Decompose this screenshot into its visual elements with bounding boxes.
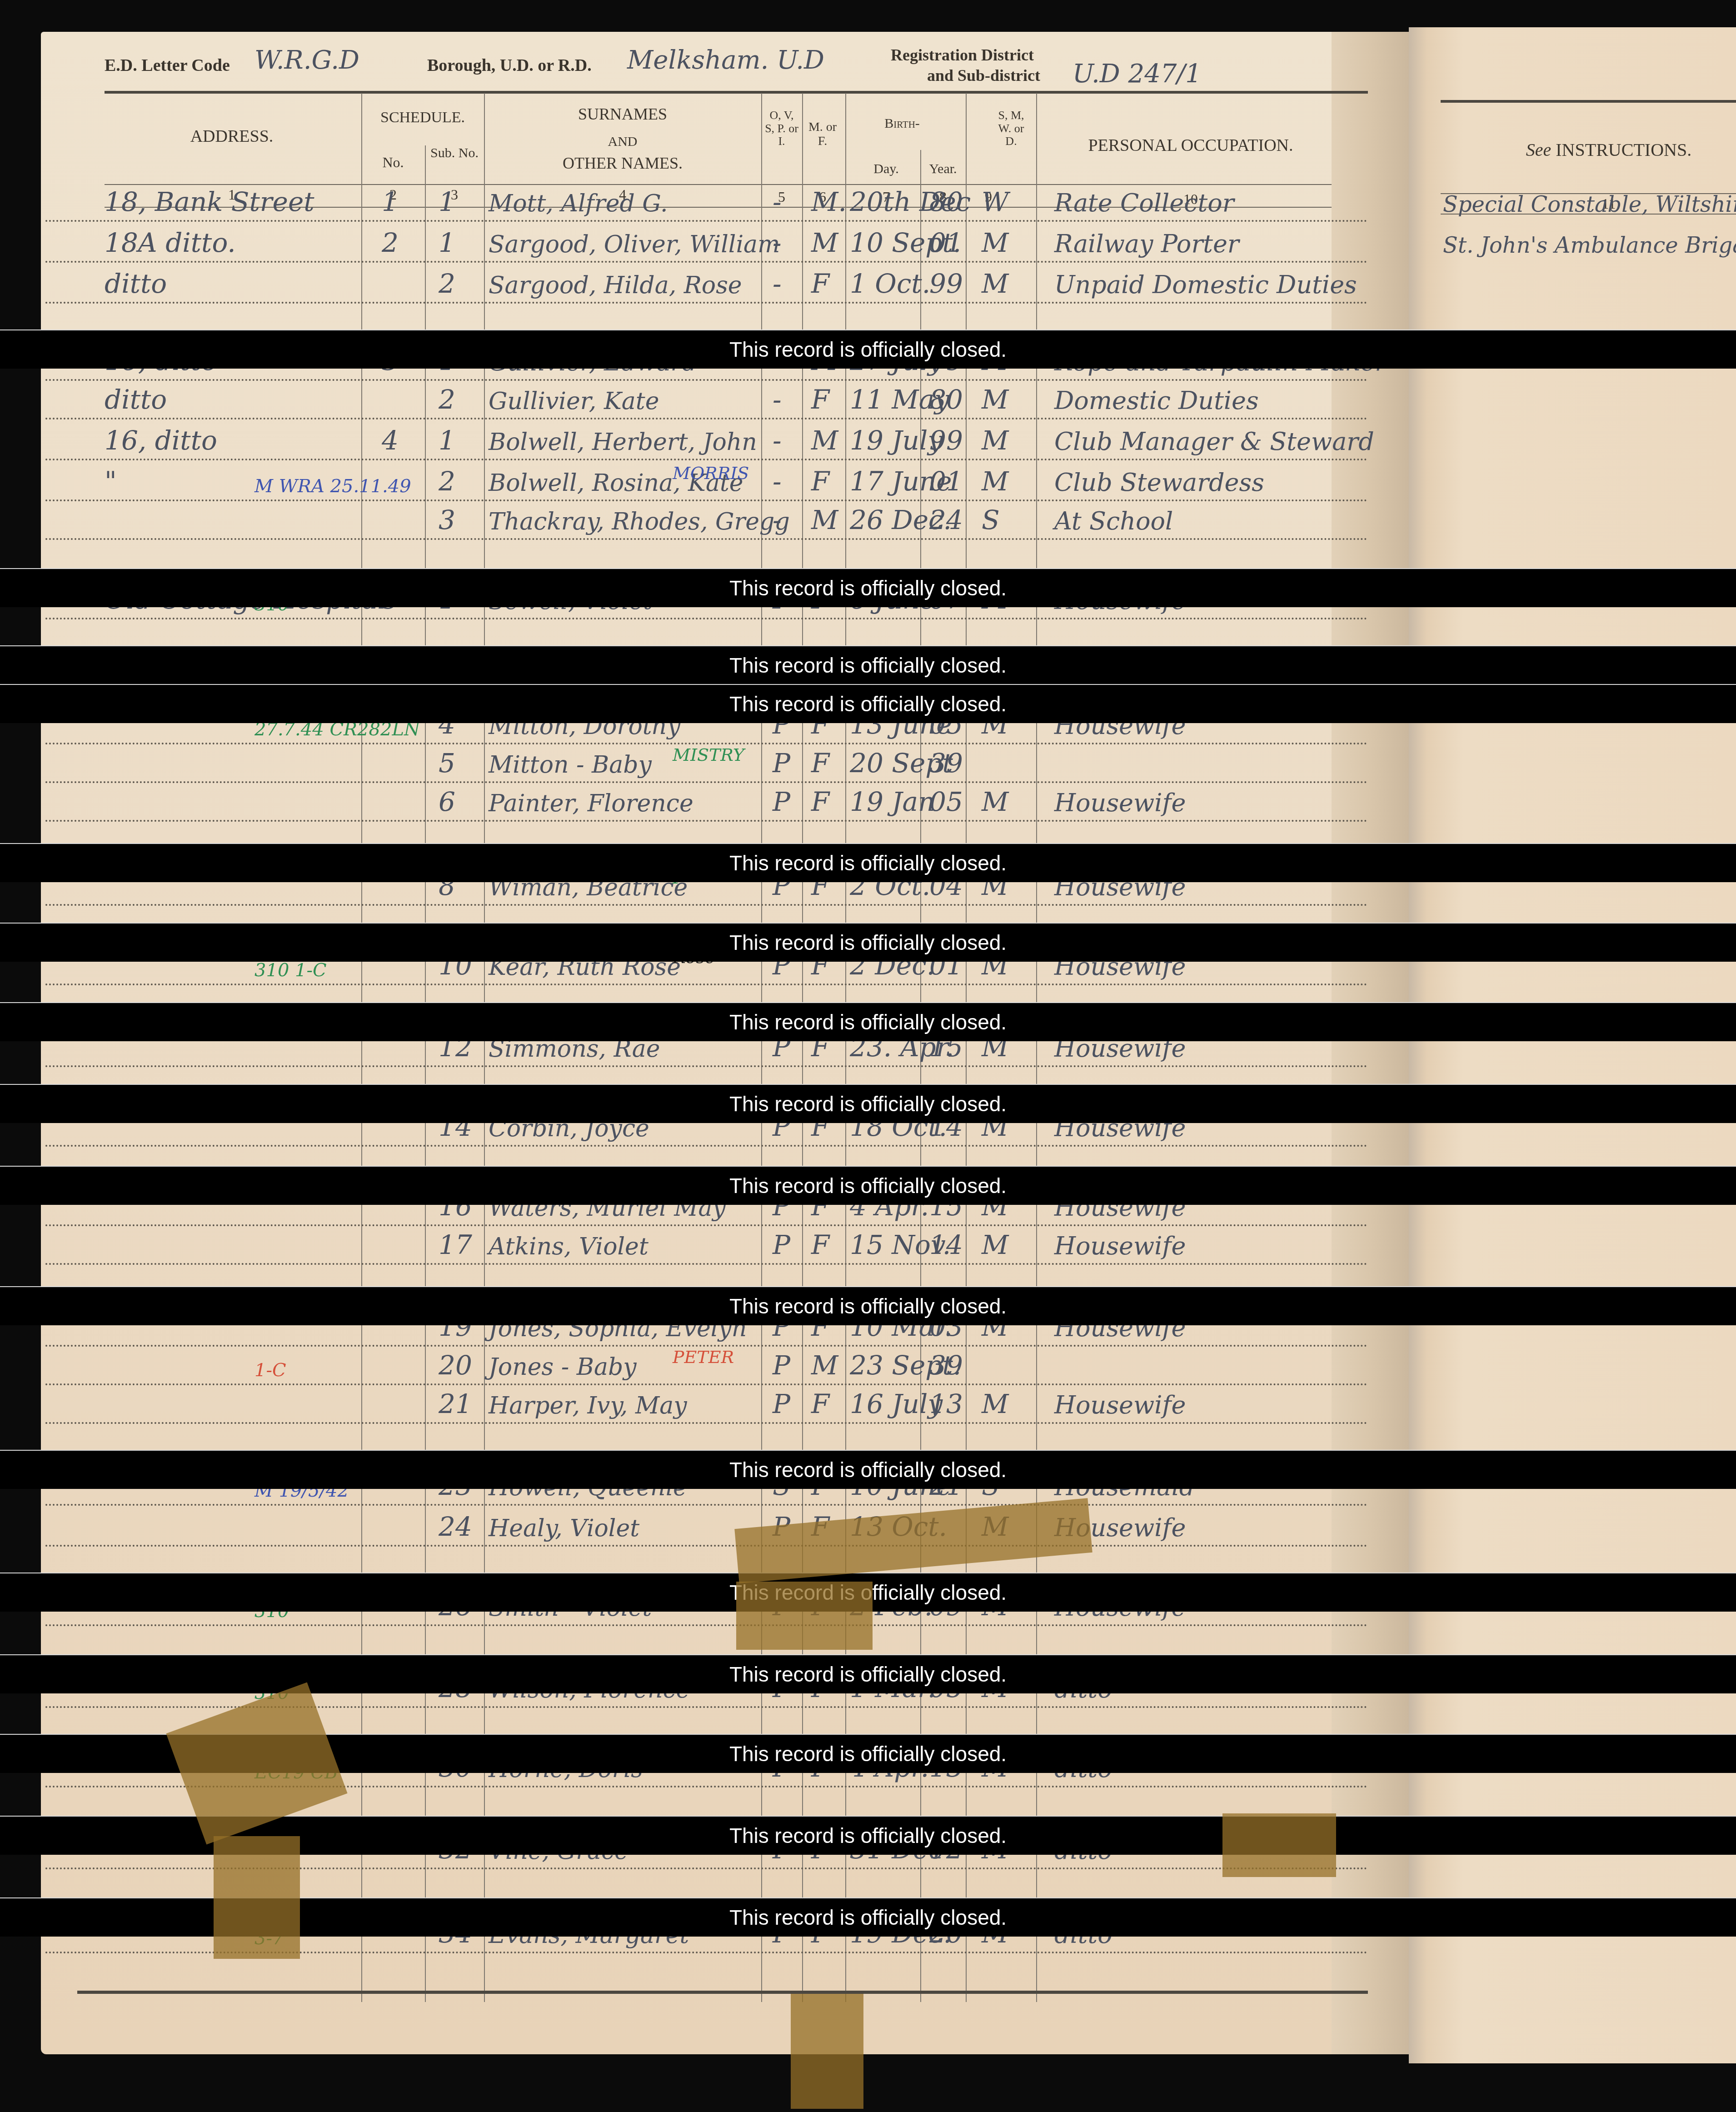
cell-status: W — [982, 186, 1009, 217]
margin-annotation: 1-C — [254, 1360, 286, 1381]
cell-sex: M — [811, 1350, 838, 1381]
borough-label: Borough, U.D. or R.D. — [427, 55, 592, 75]
cell-year: 99 — [929, 268, 963, 299]
closed-record-bar: This record is officially closed. — [0, 923, 1736, 962]
cell-sched: 2 — [382, 227, 399, 258]
cell-ovspi: - — [773, 268, 782, 299]
cell-sub: 3 — [439, 504, 455, 535]
cell-year: 24 — [929, 504, 963, 535]
tape-mark — [791, 1991, 863, 2109]
closed-record-bar: This record is officially closed. — [0, 568, 1736, 607]
col-surnames-1: SURNAMES — [486, 105, 759, 124]
row-dotted-rule — [45, 418, 1368, 419]
col-schedule-no: No. — [364, 155, 423, 170]
cell-name: Thackray, Rhodes, Gregg — [489, 508, 790, 535]
cell-ovspi: - — [773, 186, 782, 217]
cell-sex: F — [811, 1229, 829, 1260]
cell-sex: F — [811, 466, 829, 497]
row-dotted-rule — [45, 459, 1368, 460]
instructions-see: See — [1526, 140, 1551, 160]
col-surnames-3: OTHER NAMES. — [486, 155, 759, 173]
table-row: 20Jones - BabyPM23 Sept.391-CPETER — [0, 1345, 1695, 1385]
cell-sched: 4 — [382, 425, 399, 456]
tape-mark — [736, 1582, 873, 1650]
cell-year: 80 — [929, 186, 963, 217]
cell-address: 18, Bank Street — [105, 186, 314, 217]
cell-ovspi: P — [773, 1350, 790, 1381]
col-instructions: See INSTRUCTIONS. — [1518, 140, 1700, 160]
table-row: 3Thackray, Rhodes, Gregg-M26 Dec.24SAt S… — [0, 500, 1695, 540]
cell-status: M — [982, 268, 1008, 299]
cell-ovspi: P — [773, 786, 790, 817]
table-row: "2Bolwell, Rosina, Kate-F17 June01MClub … — [0, 461, 1695, 501]
cell-ovspi: - — [773, 466, 782, 497]
cell-name: Mitton - Baby — [489, 751, 652, 779]
closed-record-bar: This record is officially closed. — [0, 1166, 1736, 1205]
header-rule — [105, 91, 1368, 94]
name-annotation: MISTRY — [673, 745, 744, 765]
row-dotted-rule — [45, 904, 1368, 906]
cell-sex: F — [811, 748, 829, 779]
cell-sub: 5 — [439, 748, 455, 779]
cell-status: M — [982, 1229, 1008, 1260]
cell-col11: St. John's Ambulance Brigade — [1443, 233, 1736, 258]
cell-sex: M — [811, 425, 838, 456]
closed-record-bar: This record is officially closed. — [0, 330, 1736, 369]
row-dotted-rule — [45, 538, 1368, 540]
margin-annotation: M WRA 25.11.49 — [254, 476, 411, 497]
header-rule-right — [1441, 100, 1736, 103]
cell-year: 01 — [929, 227, 963, 258]
cell-status: M — [982, 425, 1008, 456]
cell-occupation: Rate Collector — [1054, 189, 1234, 217]
row-dotted-rule — [45, 1545, 1368, 1547]
closed-record-bar: This record is officially closed. — [0, 1002, 1736, 1041]
closed-record-bar: This record is officially closed. — [0, 1450, 1736, 1489]
cell-sex: M — [811, 227, 838, 258]
cell-name: Sargood, Hilda, Rose — [489, 272, 742, 299]
row-dotted-rule — [45, 302, 1368, 304]
cell-name: Mott, Alfred G. — [489, 190, 668, 217]
row-dotted-rule — [45, 220, 1368, 222]
cell-occupation: Railway Porter — [1054, 230, 1239, 258]
col-ovspi: O, V, S, P. or I. — [763, 109, 800, 148]
borough-value: Melksham. U.D — [627, 45, 824, 75]
cell-address: ditto — [105, 268, 167, 299]
cell-name: Sargood, Oliver, William — [489, 231, 780, 258]
col-schedule: SCHEDULE. — [364, 109, 482, 126]
instructions-label: INSTRUCTIONS. — [1556, 140, 1691, 160]
cell-sub: 24 — [439, 1511, 472, 1542]
closed-record-bar: This record is officially closed. — [0, 1654, 1736, 1693]
cell-occupation: At School — [1054, 507, 1173, 535]
col-birth-year: Year. — [923, 161, 963, 176]
cell-day: 19 July — [850, 425, 943, 456]
table-row: 18, Bank Street11Mott, Alfred G.-M.20th … — [0, 182, 1695, 222]
cell-sub: 1 — [439, 425, 455, 456]
cell-ovspi: - — [773, 504, 782, 535]
name-annotation: PETER — [673, 1347, 734, 1367]
closed-record-bar: This record is officially closed. — [0, 843, 1736, 882]
table-row: 16, ditto41Bolwell, Herbert, John-M19 Ju… — [0, 420, 1695, 460]
cell-name: Harper, Ivy, May — [489, 1392, 687, 1419]
cell-name: Painter, Florence — [489, 790, 693, 817]
cell-sub: 21 — [439, 1388, 472, 1419]
row-dotted-rule — [45, 984, 1368, 985]
cell-year: 80 — [929, 384, 963, 415]
table-row: 21Harper, Ivy, MayPF16 July13MHousewife — [0, 1384, 1695, 1424]
cell-status: M — [982, 466, 1008, 497]
col-birth-day: Day. — [854, 161, 918, 176]
cell-status: M — [982, 227, 1008, 258]
col-birth: Birth- — [854, 116, 950, 131]
cell-sex: F — [811, 268, 829, 299]
col-mf: M. or F. — [804, 120, 841, 149]
cell-name: Atkins, Violet — [489, 1233, 649, 1260]
row-dotted-rule — [45, 1145, 1368, 1147]
col-address: ADDRESS. — [105, 127, 359, 146]
closed-record-bar: This record is officially closed. — [0, 1084, 1736, 1123]
cell-sub: 1 — [439, 186, 455, 217]
cell-address: 16, ditto — [105, 425, 217, 456]
page-end-rule — [77, 1991, 1368, 1994]
cell-occupation: Club Stewardess — [1054, 468, 1264, 497]
cell-sub: 6 — [439, 786, 455, 817]
cell-ovspi: P — [773, 748, 790, 779]
cell-year: 14 — [929, 1229, 963, 1260]
cell-name: Gullivier, Kate — [489, 388, 659, 415]
cell-ovspi: - — [773, 384, 782, 415]
col-surnames-2: AND — [486, 134, 759, 149]
col-schedule-sub: Sub. No. — [427, 145, 482, 160]
cell-address: " — [105, 466, 117, 497]
cell-ovspi: P — [773, 1388, 790, 1419]
row-dotted-rule — [45, 1065, 1368, 1067]
cell-address: ditto — [105, 384, 167, 415]
registration-label-1: Registration District — [891, 45, 1034, 65]
cell-sex: F — [811, 384, 829, 415]
cell-sex: M — [811, 504, 838, 535]
table-row: ditto2Gullivier, Kate-F11 May80MDomestic… — [0, 379, 1695, 419]
ed-letter-code-value: W.R.G.D — [254, 45, 359, 75]
cell-address: 18A ditto. — [105, 227, 236, 258]
registration-label-2: and Sub-district — [927, 66, 1040, 85]
cell-status: M — [982, 1388, 1008, 1419]
cell-sub: 2 — [439, 384, 455, 415]
cell-occupation: Housewife — [1054, 789, 1186, 817]
cell-occupation: Housewife — [1054, 1391, 1186, 1419]
cell-sex: F — [811, 1388, 829, 1419]
cell-status: M — [982, 786, 1008, 817]
cell-occupation: Domestic Duties — [1054, 386, 1259, 415]
closed-record-bar: This record is officially closed. — [0, 1286, 1736, 1325]
cell-year: 39 — [929, 748, 963, 779]
cell-ovspi: - — [773, 425, 782, 456]
cell-status: M — [982, 384, 1008, 415]
cell-day: 19 Jan — [850, 786, 935, 817]
cell-occupation: Unpaid Domestic Duties — [1054, 270, 1357, 299]
cell-sub: 2 — [439, 268, 455, 299]
cell-year: 01 — [929, 466, 963, 497]
cell-sub: 20 — [439, 1350, 472, 1381]
row-dotted-rule — [45, 1422, 1368, 1424]
cell-occupation: Club Manager & Steward — [1054, 427, 1374, 456]
margin-annotation: 310 1-C — [254, 960, 327, 981]
cell-occupation: Housewife — [1054, 1232, 1186, 1260]
table-row: ditto2Sargood, Hilda, Rose-F1 Oct.99MUnp… — [0, 264, 1695, 304]
cell-year: 39 — [929, 1350, 963, 1381]
cell-col11: Special Constable, Wiltshire — [1443, 192, 1736, 217]
row-dotted-rule — [45, 1263, 1368, 1265]
cell-day: 1 Oct. — [850, 268, 930, 299]
tape-mark — [1222, 1813, 1336, 1877]
cell-sub: 2 — [439, 466, 455, 497]
cell-sched: 1 — [382, 186, 399, 217]
name-annotation: MORRIS — [673, 463, 749, 483]
closed-record-bar: This record is officially closed. — [0, 645, 1736, 684]
row-dotted-rule — [45, 618, 1368, 619]
cell-year: 05 — [929, 786, 963, 817]
table-row: 6Painter, FlorencePF19 Jan05MHousewife — [0, 782, 1695, 822]
cell-sex: F — [811, 786, 829, 817]
cell-day: 16 July — [850, 1388, 943, 1419]
row-dotted-rule — [45, 261, 1368, 263]
table-row: 17Atkins, VioletPF15 Nov.14MHousewife — [0, 1225, 1695, 1265]
cell-name: Jones - Baby — [489, 1353, 637, 1381]
cell-sub: 1 — [439, 227, 455, 258]
cell-sub: 17 — [439, 1229, 472, 1260]
cell-name: Healy, Violet — [489, 1515, 639, 1542]
col-smwd: S, M, W. or D. — [995, 109, 1027, 148]
row-dotted-rule — [45, 1624, 1368, 1626]
cell-year: 99 — [929, 425, 963, 456]
ed-letter-code-label: E.D. Letter Code — [105, 55, 230, 75]
cell-ovspi: P — [773, 1229, 790, 1260]
closed-record-bar: This record is officially closed. — [0, 684, 1736, 723]
tape-mark — [214, 1836, 300, 1959]
registration-value: U.D 247/1 — [1073, 59, 1202, 89]
cell-name: Bolwell, Herbert, John — [489, 429, 757, 456]
cell-status: S — [982, 504, 1000, 535]
row-dotted-rule — [45, 1504, 1368, 1506]
col-occupation: PERSONAL OCCUPATION. — [1045, 136, 1336, 155]
cell-ovspi: - — [773, 227, 782, 258]
cell-year: 13 — [929, 1388, 963, 1419]
row-dotted-rule — [45, 820, 1368, 822]
table-row: 5Mitton - BabyPF20 Sept39MISTRY — [0, 743, 1695, 783]
cell-sex: M. — [811, 186, 847, 217]
table-row: 18A ditto.21Sargood, Oliver, William-M10… — [0, 223, 1695, 263]
